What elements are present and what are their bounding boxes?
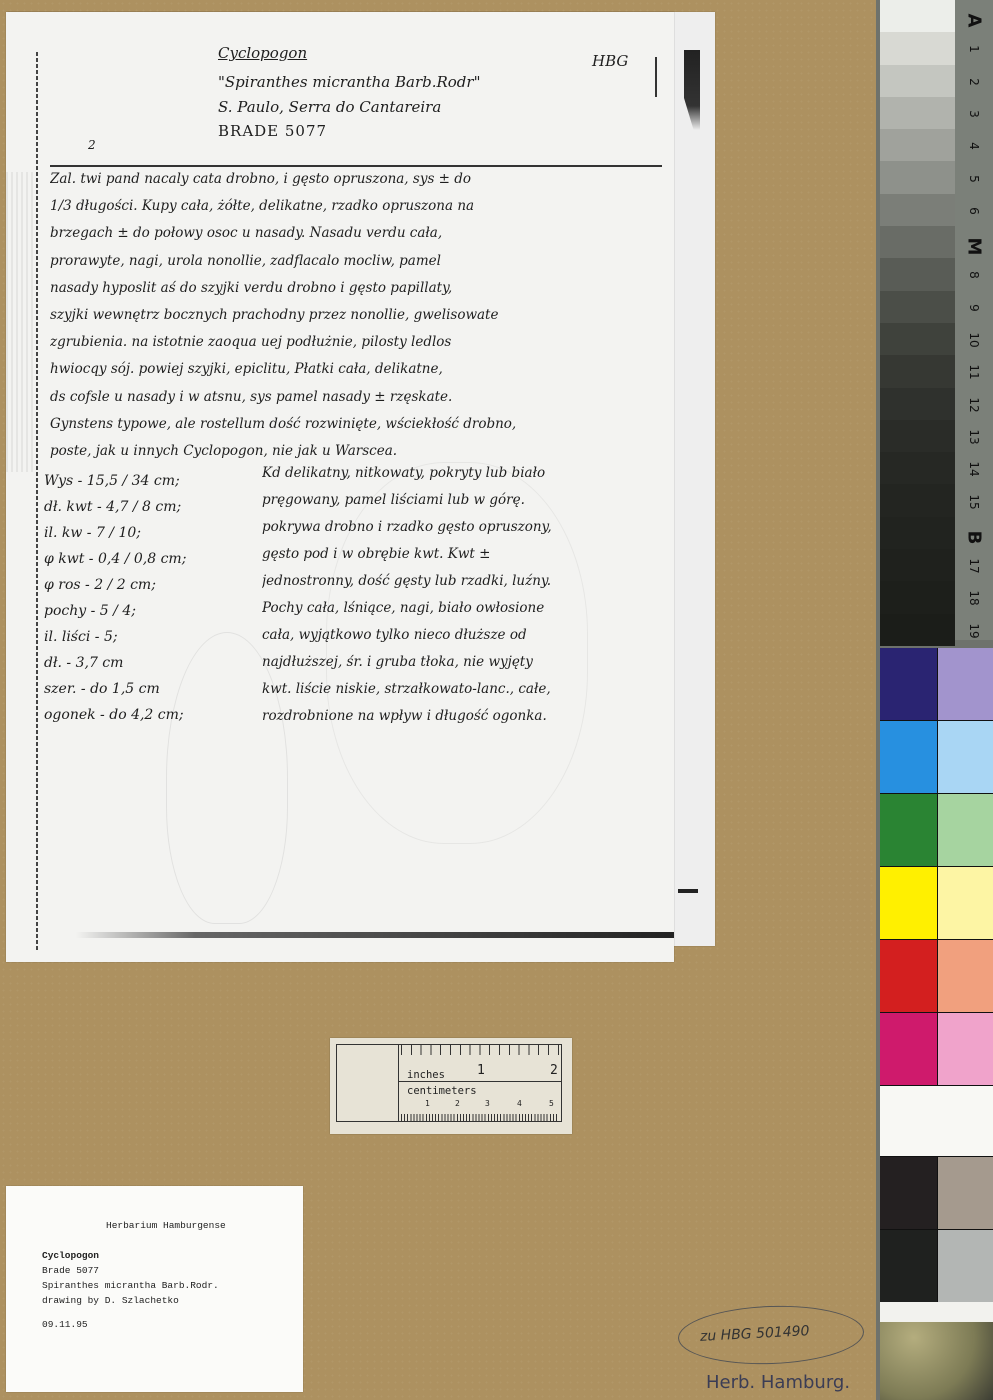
gray-scale-label: 19 [967, 618, 981, 644]
color-patch [938, 1157, 993, 1229]
color-patch-row [880, 1086, 993, 1157]
scan-shadow-edge [684, 50, 700, 130]
color-patch [938, 794, 993, 866]
description-line: najdłuższej, śr. i gruba tłoka, nie wyję… [262, 649, 672, 676]
gray-scale-label: 3 [967, 101, 981, 127]
gray-step [880, 0, 955, 32]
label-genus: Cyclopogon [42, 1250, 99, 1261]
gray-step [880, 258, 955, 290]
gray-step [880, 32, 955, 64]
gray-scale-label: 15 [967, 489, 981, 515]
page-number: 2 [88, 138, 96, 152]
institution-name: Herbarium Hamburgense [106, 1220, 226, 1231]
gray-scale-label: 11 [967, 359, 981, 385]
measurement-item: il. kw - 7 / 10; [44, 520, 244, 546]
color-calibration-chart: A123456M89101112131415B171819 [876, 0, 993, 1400]
gray-scale-label: 14 [967, 456, 981, 482]
description-line: kwt. liście niskie, strzałkowato-lanc., … [262, 676, 672, 703]
gray-step [880, 129, 955, 161]
color-patch-row [880, 1230, 993, 1303]
measurement-item: dł. kwt - 4,7 / 8 cm; [44, 494, 244, 520]
inch-mark: 2 [550, 1063, 558, 1078]
gray-scale-label: 5 [967, 166, 981, 192]
gray-step [880, 323, 955, 355]
color-patch [880, 1230, 938, 1302]
description-line: hwiocqy sój. powiej szyjki, epiclitu, Pł… [50, 356, 662, 383]
color-patch [880, 1157, 938, 1229]
gray-scale-label: B [964, 524, 985, 550]
centimeters-label: centimeters [407, 1085, 477, 1097]
color-patch-row [880, 648, 993, 721]
description-line: szyjki wewnętrz bocznych prachodny przez… [50, 302, 662, 329]
color-patch [938, 721, 993, 793]
gray-scale-label: 8 [967, 262, 981, 288]
color-patch [938, 867, 993, 939]
gray-step [880, 388, 955, 420]
description-line: cała, wyjątkowo tylko nieco dłuższe od [262, 622, 672, 649]
gray-scale-label: 13 [967, 424, 981, 450]
color-patch [880, 721, 938, 793]
gray-step [880, 549, 955, 581]
description-line: Zal. twi pand nacaly cata drobno, i gęst… [50, 166, 662, 193]
label-date: 09.11.95 [42, 1319, 88, 1330]
color-patch-row [880, 1157, 993, 1230]
description-line: brzegach ± do połowy osoc u nasady. Nasa… [50, 220, 662, 247]
header-locality: S. Paulo, Serra do Cantareira [218, 98, 441, 116]
gray-scale-label: 9 [967, 295, 981, 321]
grayscale-labels: A123456M89101112131415B171819 [955, 0, 993, 640]
color-patch [938, 1013, 993, 1085]
gray-step [880, 226, 955, 258]
measurement-item: il. liści - 5; [44, 624, 244, 650]
ruler-blank-box [336, 1044, 399, 1122]
ruler-scale: inches centimeters 1 2 1 2 3 4 5 [398, 1044, 562, 1122]
color-patch [938, 1230, 993, 1302]
cm-mark: 2 [455, 1099, 460, 1108]
measurement-item: ogonek - do 4,2 cm; [44, 702, 244, 728]
gray-scale-label: 6 [967, 198, 981, 224]
description-line: ds cofsle u nasady i w atsnu, sys pamel … [50, 384, 662, 411]
gray-step [880, 420, 955, 452]
description-paragraph: Zal. twi pand nacaly cata drobno, i gęst… [50, 166, 662, 465]
description-line: prorawyte, nagi, urola nonollie, zadflac… [50, 248, 662, 275]
description-line: Pochy cała, lśniące, nagi, biało owłosio… [262, 595, 672, 622]
bottom-edge-shadow [76, 932, 674, 938]
gray-step [880, 484, 955, 516]
description-line: Kd delikatny, nitkowaty, pokryty lub bia… [262, 460, 672, 487]
measurement-item: dł. - 3,7 cm [44, 650, 244, 676]
gray-step [880, 97, 955, 129]
cm-ticks [401, 1114, 559, 1121]
header-genus: Cyclopogon [218, 44, 307, 62]
inch-ticks [401, 1045, 559, 1055]
chart-bottom-shadow [880, 1322, 993, 1400]
color-patch-row [880, 721, 993, 794]
gray-step [880, 291, 955, 323]
herbarium-label: Herbarium Hamburgense Cyclopogon Brade 5… [6, 1186, 303, 1392]
gray-scale-label: M [964, 234, 985, 260]
measurement-item: Wys - 15,5 / 34 cm; [44, 468, 244, 494]
gray-scale-label: 2 [967, 69, 981, 95]
description-line: zgrubienia. na istotnie zaoqua uej podłu… [50, 329, 662, 356]
gray-scale-label: 17 [967, 553, 981, 579]
cm-mark: 3 [485, 1099, 490, 1108]
header-herbarium-code: HBG [592, 52, 628, 70]
color-patches [880, 648, 993, 1303]
color-patch [880, 940, 938, 1012]
left-margin-line [36, 52, 38, 952]
color-patch [938, 1086, 993, 1156]
ruler-divider [399, 1081, 561, 1082]
color-patch-row [880, 867, 993, 940]
color-patch-row [880, 1013, 993, 1086]
scale-ruler: inches centimeters 1 2 1 2 3 4 5 [330, 1038, 572, 1134]
color-patch [938, 648, 993, 720]
inches-label: inches [407, 1069, 445, 1081]
gray-step [880, 355, 955, 387]
color-patch [880, 867, 938, 939]
color-patch [880, 648, 938, 720]
gray-step [880, 65, 955, 97]
gray-scale-label: 10 [967, 327, 981, 353]
description-line: rozdrobnione na wpływ i długość ogonka. [262, 703, 672, 730]
label-species: Spiranthes micrantha Barb.Rodr. [42, 1280, 219, 1291]
gray-step [880, 517, 955, 549]
header-collector: BRADE 5077 [218, 122, 327, 140]
description-line: Gynstens typowe, ale rostellum dość rozw… [50, 411, 662, 438]
scan-shadow-edge [678, 889, 698, 893]
label-drawing-credit: drawing by D. Szlachetko [42, 1295, 179, 1306]
gray-scale-label: 1 [967, 36, 981, 62]
gray-scale-label: 18 [967, 585, 981, 611]
gray-step [880, 614, 955, 646]
measurement-item: φ ros - 2 / 2 cm; [44, 572, 244, 598]
grayscale-steps [880, 0, 955, 646]
copy-artifact-strip [6, 172, 34, 472]
herbarium-stamp: Herb. Hamburg. [706, 1372, 850, 1393]
color-patch [880, 794, 938, 866]
cm-mark: 5 [549, 1099, 554, 1108]
color-patch-row [880, 940, 993, 1013]
description-line: gęsto pod i w obrębie kwt. Kwt ± [262, 541, 672, 568]
color-patch [880, 1086, 938, 1156]
color-patch [880, 1013, 938, 1085]
measurement-item: szer. - do 1,5 cm [44, 676, 244, 702]
header-species: "Spiranthes micrantha Barb.Rodr" [218, 73, 480, 91]
chart-white-strip [880, 1302, 993, 1322]
measurement-item: φ kwt - 0,4 / 0,8 cm; [44, 546, 244, 572]
description-line: pokrywa drobno i rzadko gęsto opruszony, [262, 514, 672, 541]
measurements-list: Wys - 15,5 / 34 cm; dł. kwt - 4,7 / 8 cm… [44, 468, 244, 728]
gray-scale-label: 4 [967, 133, 981, 159]
gray-scale-label: A [964, 8, 985, 34]
description-line: nasady hyposlit aś do szyjki verdu drobn… [50, 275, 662, 302]
gray-step [880, 452, 955, 484]
description-continuation: Kd delikatny, nitkowaty, pokryty lub bia… [262, 460, 672, 730]
color-patch-row [880, 794, 993, 867]
gray-scale-label: 12 [967, 392, 981, 418]
inch-mark: 1 [477, 1063, 485, 1078]
description-line: 1/3 długości. Kupy cała, żółte, delikatn… [50, 193, 662, 220]
gray-step [880, 194, 955, 226]
cm-mark: 1 [425, 1099, 430, 1108]
color-patch [938, 940, 993, 1012]
cm-mark: 4 [517, 1099, 522, 1108]
label-collector: Brade 5077 [42, 1265, 99, 1276]
gray-step [880, 161, 955, 193]
measurement-item: pochy - 5 / 4; [44, 598, 244, 624]
gray-step [880, 581, 955, 613]
description-line: pręgowany, pamel liściami lub w górę. [262, 487, 672, 514]
description-line: jednostronny, dość gęsty lub rzadki, luź… [262, 568, 672, 595]
bracket-mark [655, 57, 657, 97]
